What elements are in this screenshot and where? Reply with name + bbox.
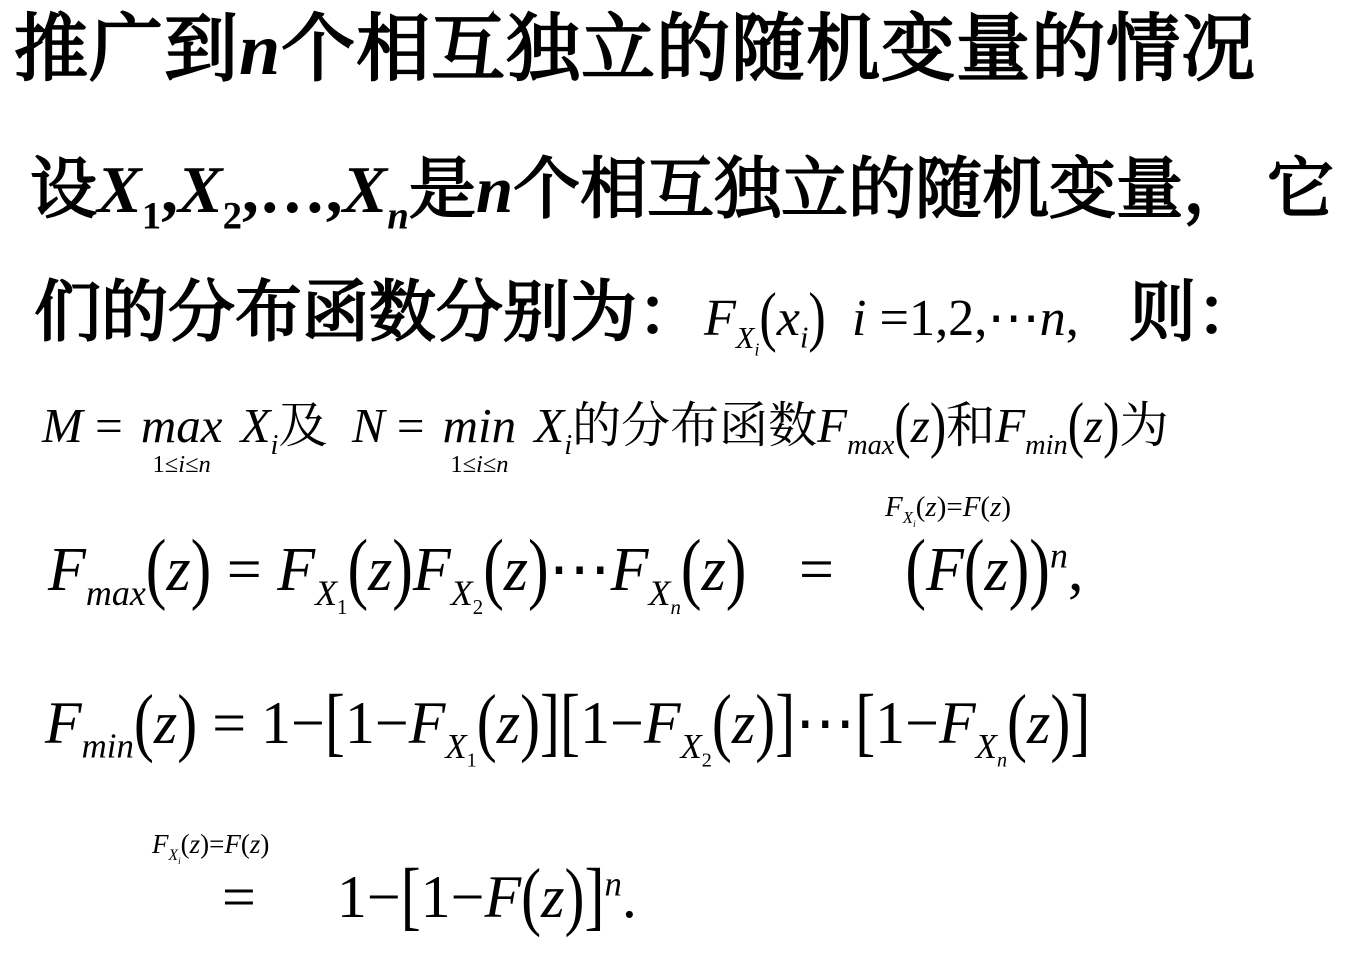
math-token <box>228 398 240 453</box>
math-token: 则： <box>1129 276 1263 350</box>
math-token: [ <box>325 682 345 763</box>
math-token: ( <box>483 527 504 610</box>
math-token: F <box>277 536 315 604</box>
math-token: z <box>732 690 755 756</box>
math-token: ( <box>681 527 702 610</box>
math-token: F <box>485 864 522 930</box>
math-token: ] <box>1070 682 1090 763</box>
math-token: ( <box>964 527 985 610</box>
math-token: ) <box>392 527 413 610</box>
math-token: M <box>42 398 83 453</box>
math-token: )= <box>200 829 224 859</box>
math-token: N <box>352 398 385 453</box>
math-token: max <box>141 398 223 453</box>
math-token: z <box>154 690 177 756</box>
math-token: ( <box>241 829 250 859</box>
math-token: F <box>409 690 446 756</box>
math-token: X1 <box>315 573 347 613</box>
math-token: Xn <box>976 727 1007 766</box>
math-token: F <box>704 289 736 347</box>
math-token: , <box>161 153 178 227</box>
max-min-definition-line: M = max1≤i≤n Xi及 N = min1≤i≤n Xi的分布函数Fma… <box>42 400 1168 477</box>
math-token: n <box>476 153 513 227</box>
math-token: z <box>504 536 528 604</box>
math-token: ) <box>1001 491 1011 523</box>
math-token: max <box>86 573 146 613</box>
math-token: [ <box>560 682 580 763</box>
math-token: ) <box>177 682 197 763</box>
fmin-condition-annotation: FXi(z)=F(z) <box>152 830 269 865</box>
math-token: ) <box>260 829 269 859</box>
math-token: ) <box>930 392 946 458</box>
math-token: X <box>97 153 142 227</box>
math-token: 1 <box>142 194 161 237</box>
math-token: X <box>343 153 388 227</box>
math-token: n <box>387 194 409 237</box>
limit-operator: min1≤i≤n <box>443 401 517 477</box>
math-token: z <box>190 829 201 859</box>
math-token: F <box>45 690 82 756</box>
math-token: ( <box>181 829 190 859</box>
math-token: n <box>239 9 281 91</box>
math-token: ) <box>1103 392 1119 458</box>
operator-name: max <box>141 401 223 450</box>
math-token: ) <box>565 856 585 937</box>
math-token: z <box>1027 690 1050 756</box>
fmax-equation: Fmax(z) = FX1(z)FX2(z)⋯FXn(z)=(F(z))n, <box>48 538 1083 618</box>
math-token: 1− <box>421 864 485 930</box>
math-token: z <box>497 690 520 756</box>
math-token: X <box>445 727 466 766</box>
math-token: Xn <box>649 573 681 613</box>
math-token: i <box>564 430 572 461</box>
math-token: 们的分布函数分别为： <box>34 276 704 350</box>
math-token: = <box>222 864 256 930</box>
math-token: = <box>799 536 834 604</box>
math-token: z <box>925 491 936 523</box>
math-token: = <box>83 398 135 453</box>
math-token: X <box>681 727 702 766</box>
math-token: 个相互独立的随机变量， 它 <box>513 153 1334 227</box>
math-token: F <box>644 690 681 756</box>
math-token: 个相互独立的随机变量的情况 <box>281 9 1256 91</box>
math-token: X <box>649 573 671 613</box>
math-token: ( <box>1068 392 1084 458</box>
math-token: 2 <box>223 194 242 237</box>
math-token: F <box>817 398 847 453</box>
math-token <box>826 289 852 347</box>
math-token: z <box>702 536 726 604</box>
math-token: ,…, <box>242 153 343 227</box>
math-token: z <box>985 536 1009 604</box>
math-token: F <box>963 491 981 523</box>
math-token: . <box>622 864 637 930</box>
operator-name: min <box>443 401 517 450</box>
math-token: ( <box>146 527 167 610</box>
math-token: ) <box>755 682 775 763</box>
math-token: z <box>990 491 1001 523</box>
math-token: n <box>1050 536 1068 576</box>
math-token: ( <box>134 682 154 763</box>
math-token: X <box>976 727 997 766</box>
math-token: 1≤ <box>153 451 179 478</box>
intro-text-line-1: 设X1,X2,…,Xn是n个相互独立的随机变量， 它 <box>30 155 1334 236</box>
math-token: [ <box>855 682 875 763</box>
math-token: [ <box>401 856 421 937</box>
math-token: ) <box>1050 682 1070 763</box>
math-token: n <box>604 864 621 903</box>
math-token: ( <box>980 491 990 523</box>
math-token: 和 <box>946 398 995 453</box>
math-token: X1 <box>445 727 476 766</box>
math-token: X <box>534 398 564 453</box>
math-token: ( <box>521 856 541 937</box>
math-token: ) <box>1009 527 1030 610</box>
math-token: i <box>476 451 483 478</box>
math-token: x <box>777 289 800 347</box>
math-token: X2 <box>451 573 483 613</box>
math-token: ) <box>520 682 540 763</box>
math-token: F <box>413 536 451 604</box>
operator-limits: 1≤i≤n <box>153 453 211 478</box>
math-token: ( <box>894 392 910 458</box>
math-token: Xi <box>736 321 759 355</box>
math-token: X <box>451 573 473 613</box>
math-token: 1 <box>337 595 347 619</box>
math-token: 1 <box>467 749 477 771</box>
math-token: = <box>385 398 437 453</box>
math-token: 是 <box>409 153 476 227</box>
math-token: F <box>926 536 964 604</box>
math-token: i <box>800 321 808 355</box>
math-token: 1≤ <box>450 451 476 478</box>
math-token: ⋯ <box>795 690 855 756</box>
math-token: min <box>1025 430 1068 461</box>
math-token: z <box>1084 398 1103 453</box>
math-token: F <box>611 536 649 604</box>
slide-title: 推广到n个相互独立的随机变量的情况 <box>14 12 1256 90</box>
fmax-condition-annotation: FXi(z)=F(z) <box>885 492 1011 530</box>
math-token: X <box>241 398 271 453</box>
math-token: ] <box>775 682 795 763</box>
math-token: X <box>736 321 755 355</box>
fmin-equation: Fmin(z) = 1−[1−FX1(z)][1−FX2(z)]⋯[1−FXn(… <box>45 692 1090 770</box>
math-token: 设 <box>30 153 97 227</box>
math-token <box>522 398 534 453</box>
math-token: ) <box>1029 527 1050 610</box>
math-token: FXi(xi) i =1,2,⋯n, <box>704 289 1079 347</box>
math-token: 推广到 <box>14 9 239 91</box>
math-token: 1− <box>875 690 939 756</box>
math-token: , <box>1066 289 1079 347</box>
math-token: ) <box>808 282 825 352</box>
math-token: ( <box>916 491 926 523</box>
intro-text-line-2: 们的分布函数分别为：FXi(xi) i =1,2,⋯n, 则： <box>34 278 1263 359</box>
math-token: n <box>199 451 211 478</box>
math-token: X <box>169 847 179 864</box>
math-token: n <box>1040 289 1066 347</box>
math-token: F <box>48 536 86 604</box>
math-token: 1− <box>337 864 401 930</box>
math-token: 2 <box>702 749 712 771</box>
math-token: z <box>250 829 261 859</box>
math-token: =1,2,⋯ <box>866 289 1039 347</box>
math-token <box>1079 276 1129 350</box>
limit-operator: max1≤i≤n <box>141 401 223 477</box>
math-token: z <box>368 536 392 604</box>
slide: 推广到n个相互独立的随机变量的情况 设X1,X2,…,Xn是n个相互独立的随机变… <box>0 0 1354 964</box>
math-token: ) <box>191 527 212 610</box>
math-token: ( <box>1007 682 1027 763</box>
math-token: ( <box>477 682 497 763</box>
math-token: , <box>1068 536 1084 604</box>
math-token: i <box>852 289 867 347</box>
math-token: 2 <box>473 595 483 619</box>
math-token: X <box>178 153 223 227</box>
math-token: ≤ <box>185 451 198 478</box>
math-token: z <box>541 864 564 930</box>
math-token <box>327 398 352 453</box>
math-token: F <box>152 829 169 859</box>
math-token: 及 <box>278 398 327 453</box>
math-token: n <box>670 595 680 619</box>
math-token: ≤ <box>483 451 496 478</box>
math-token: )= <box>937 491 963 523</box>
math-token: ( <box>712 682 732 763</box>
math-token: n <box>997 749 1007 771</box>
math-token: max <box>847 430 894 461</box>
math-token: z <box>911 398 930 453</box>
math-token: ) <box>528 527 549 610</box>
math-token: 1− <box>345 690 409 756</box>
math-token: ] <box>540 682 560 763</box>
math-token: = <box>211 536 277 604</box>
math-token: n <box>496 451 508 478</box>
math-token: ( <box>347 527 368 610</box>
math-token: 1− <box>580 690 644 756</box>
math-token: F <box>939 690 976 756</box>
math-token: Xi <box>169 847 181 864</box>
math-token: ⋯ <box>549 536 611 604</box>
math-token: ( <box>759 282 776 352</box>
math-token: ] <box>585 856 605 937</box>
fmin-result-equation: =1−[1−F(z)]n. <box>165 866 637 929</box>
math-token: min <box>82 727 134 766</box>
math-token: min <box>443 398 517 453</box>
math-token: = 1− <box>197 690 325 756</box>
math-token: F <box>224 829 241 859</box>
math-token: 的分布函数 <box>572 398 817 453</box>
math-token: X2 <box>681 727 712 766</box>
math-token: F <box>995 398 1025 453</box>
math-token: ( <box>905 527 926 610</box>
math-token: F <box>885 491 903 523</box>
operator-limits: 1≤i≤n <box>450 453 508 478</box>
math-token: X <box>315 573 337 613</box>
math-token: z <box>166 536 190 604</box>
math-token: ) <box>726 527 747 610</box>
math-token: 为 <box>1119 398 1168 453</box>
